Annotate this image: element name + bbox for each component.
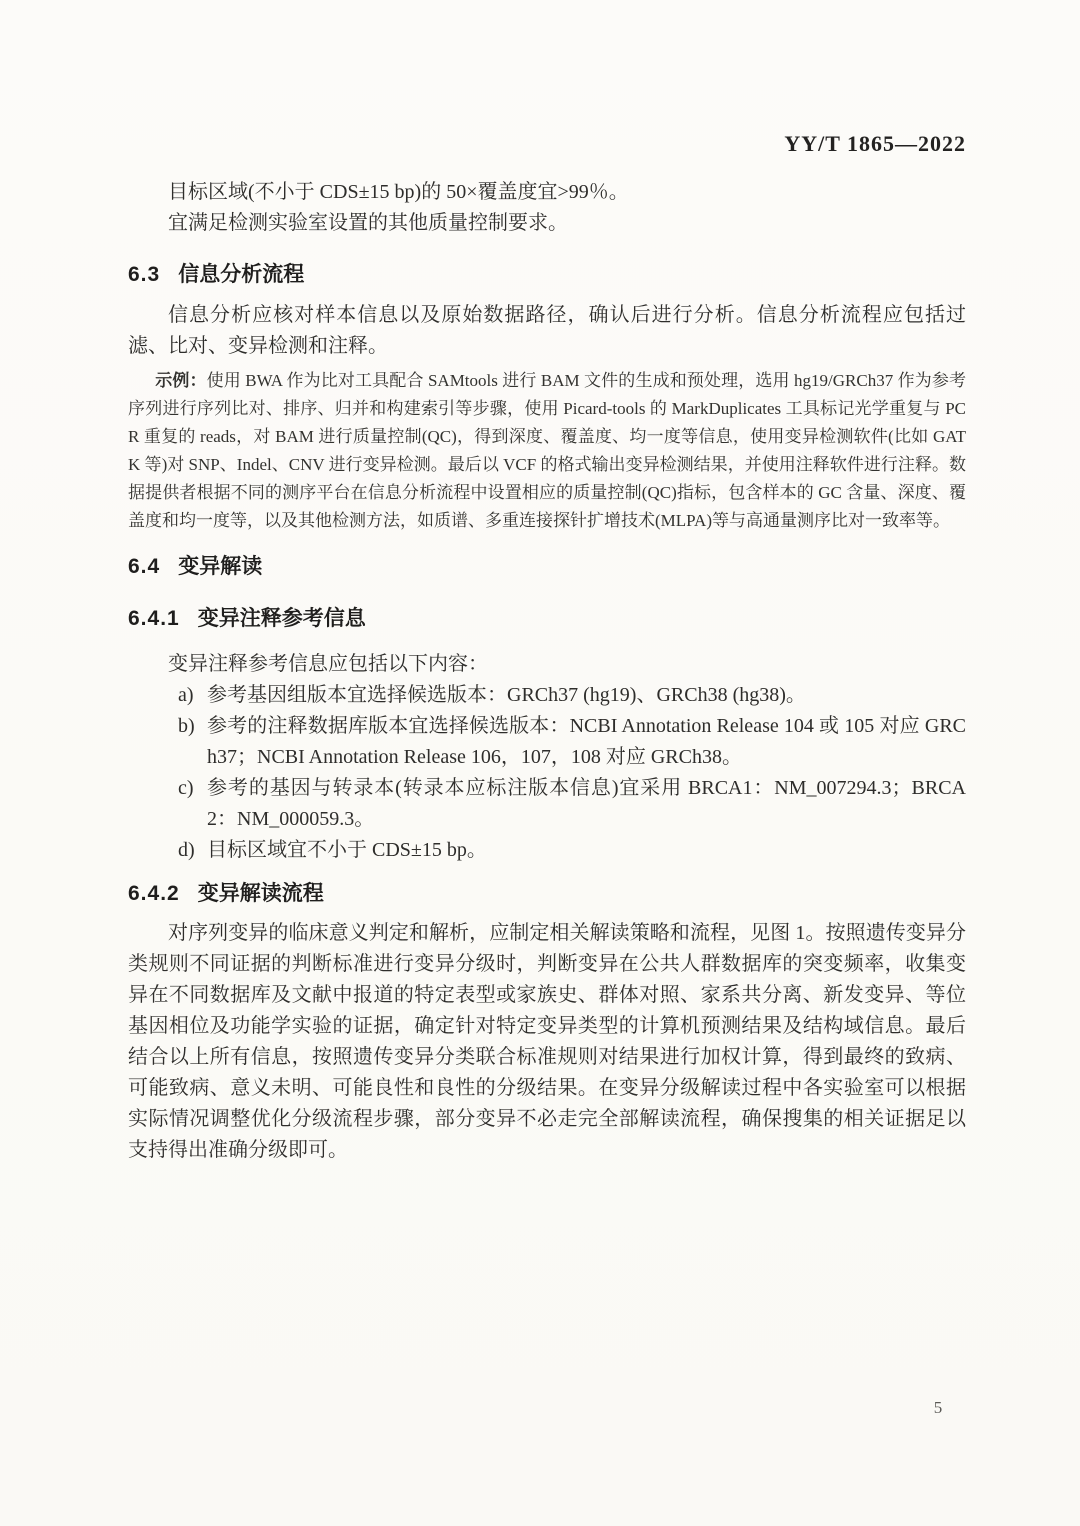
list-item-marker: d) <box>178 835 195 866</box>
list-item-marker: b) <box>178 711 195 742</box>
reference-info-list: a) 参考基因组版本宜选择候选版本：GRCh37 (hg19)、GRCh38 (… <box>128 680 966 866</box>
list-item-text: 参考基因组版本宜选择候选版本：GRCh37 (hg19)、GRCh38 (hg3… <box>207 684 806 706</box>
list-item-marker: c) <box>178 773 194 804</box>
list-item: d) 目标区域宜不小于 CDS±15 bp。 <box>128 835 966 866</box>
continuation-paragraph-qc: 宜满足检测实验室设置的其他质量控制要求。 <box>128 208 966 239</box>
section-number: 6.4.1 <box>128 607 180 630</box>
section-number: 6.4 <box>128 555 160 578</box>
paragraph-info-analysis: 信息分析应核对样本信息以及原始数据路径，确认后进行分析。信息分析流程应包括过滤、… <box>128 300 966 362</box>
section-number: 6.4.2 <box>128 882 180 905</box>
list-item-marker: a) <box>178 680 194 711</box>
section-number: 6.3 <box>128 263 160 286</box>
list-item: c) 参考的基因与转录本(转录本应标注版本信息)宜采用 BRCA1：NM_007… <box>128 773 966 835</box>
list-item-text: 参考的基因与转录本(转录本应标注版本信息)宜采用 BRCA1：NM_007294… <box>207 777 966 830</box>
section-title: 变异注释参考信息 <box>198 607 366 630</box>
list-item-text: 目标区域宜不小于 CDS±15 bp。 <box>207 839 487 861</box>
paragraph-variant-interpretation: 对序列变异的临床意义判定和解析，应制定相关解读策略和流程，见图 1。按照遗传变异… <box>128 918 966 1166</box>
doc-code-header: YY/T 1865—2022 <box>128 131 966 157</box>
section-title: 变异解读 <box>178 555 262 578</box>
list-item: b) 参考的注释数据库版本宜选择候选版本：NCBI Annotation Rel… <box>128 711 966 773</box>
example-note: 示例：使用 BWA 作为比对工具配合 SAMtools 进行 BAM 文件的生成… <box>128 367 966 535</box>
section-title: 信息分析流程 <box>178 263 304 286</box>
list-intro: 变异注释参考信息应包括以下内容： <box>128 649 966 680</box>
section-heading-6-4: 6.4变异解读 <box>128 553 966 581</box>
example-label: 示例： <box>155 371 206 390</box>
section-heading-6-4-1: 6.4.1变异注释参考信息 <box>128 605 966 633</box>
page-number: 5 <box>908 1398 968 1418</box>
list-item: a) 参考基因组版本宜选择候选版本：GRCh37 (hg19)、GRCh38 (… <box>128 680 966 711</box>
document-page: YY/T 1865—2022 目标区域(不小于 CDS±15 bp)的 50×覆… <box>0 0 1080 1526</box>
section-heading-6-4-2: 6.4.2变异解读流程 <box>128 880 966 908</box>
section-title: 变异解读流程 <box>198 882 324 905</box>
continuation-paragraph-coverage: 目标区域(不小于 CDS±15 bp)的 50×覆盖度宜>99％。 <box>128 177 966 208</box>
example-text: 使用 BWA 作为比对工具配合 SAMtools 进行 BAM 文件的生成和预处… <box>128 371 966 530</box>
page-content: YY/T 1865—2022 目标区域(不小于 CDS±15 bp)的 50×覆… <box>128 131 966 1166</box>
list-item-text: 参考的注释数据库版本宜选择候选版本：NCBI Annotation Releas… <box>207 715 966 768</box>
section-heading-6-3: 6.3信息分析流程 <box>128 261 966 289</box>
